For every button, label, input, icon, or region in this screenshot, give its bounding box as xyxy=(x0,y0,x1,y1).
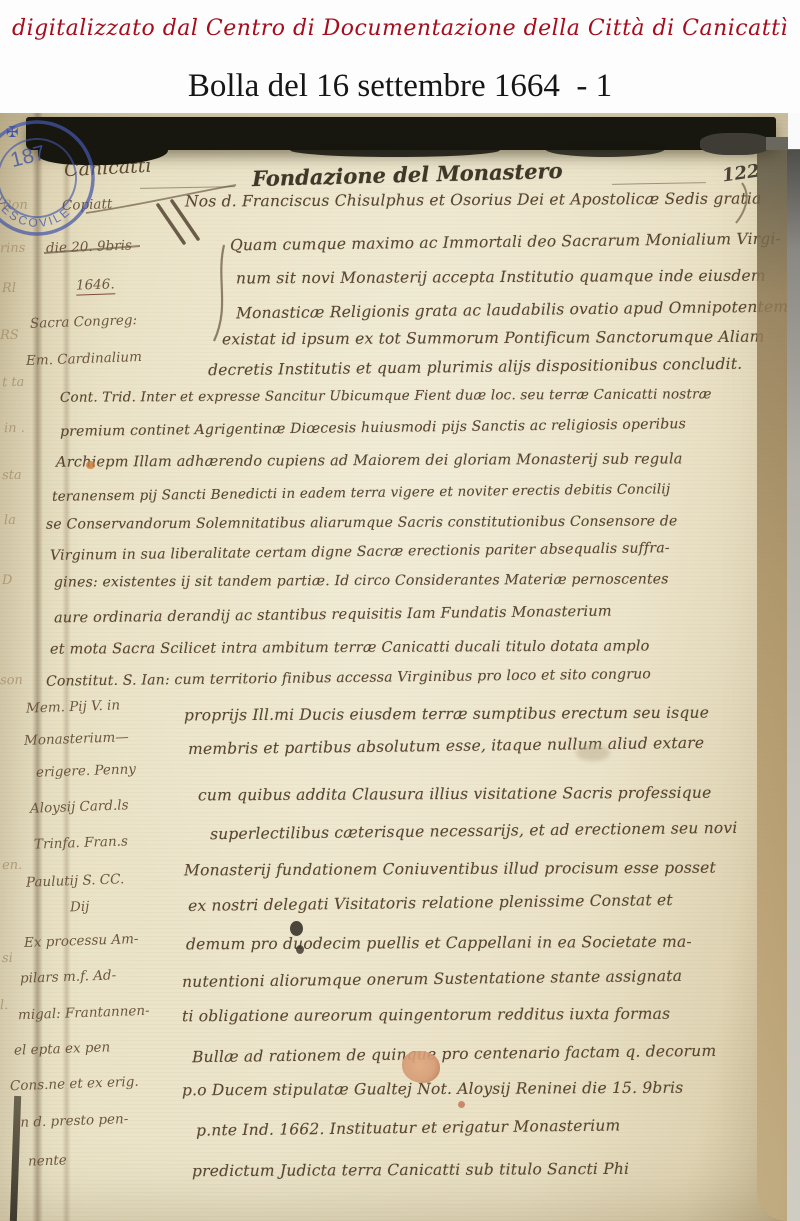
manuscript-line: se Conservandorum Solemnitatibus aliarum… xyxy=(46,513,678,532)
manuscript-line: membris et partibus absolutum esse, itaq… xyxy=(188,734,704,758)
bleed-fragment: D xyxy=(2,573,13,588)
manuscript-line: proprijs Ill.mi Ducis eiusdem terræ sump… xyxy=(184,704,709,725)
binding-blot xyxy=(545,141,665,157)
ink-speck xyxy=(86,461,95,469)
manuscript-heading: Fondazione del Monastero xyxy=(252,158,563,191)
margin-note: in d. presto pen- xyxy=(16,1111,129,1131)
margin-note: Dij xyxy=(70,899,90,916)
manuscript-line: Quam cumque maximo ac Immortali deo Sacr… xyxy=(230,230,781,255)
manuscript-line: existat id ipsum ex tot Summorum Pontifi… xyxy=(222,328,765,349)
manuscript-line: Monasterij fundationem Coniuventibus ill… xyxy=(184,859,716,880)
page-title: Bolla del 16 settembre 1664 - 1 xyxy=(0,68,800,105)
bleed-fragment: in . xyxy=(4,421,25,436)
margin-note: Aloysij Card.ls xyxy=(30,797,129,816)
manuscript-scan: ✠ VESCOVILE 187 Fondazione del Monastero… xyxy=(0,113,800,1221)
ink-blot xyxy=(290,921,303,936)
bleed-fragment: la xyxy=(4,513,16,528)
margin-note: Trinfa. Fran.s xyxy=(34,833,128,852)
margin-note: el epta ex pen xyxy=(14,1039,111,1058)
bleed-fragment: en. xyxy=(2,858,22,873)
bleed-fragment: RS xyxy=(0,328,19,343)
manuscript-line: superlectilibus cæterisque necessarijs, … xyxy=(210,819,738,843)
manuscript-line: premium continet Agrigentinæ Diœcesis hu… xyxy=(60,416,686,440)
bleed-fragment: Rl xyxy=(2,281,16,296)
bleed-fragment: si xyxy=(2,951,13,966)
digitization-credit: digitalizzato dal Centro di Documentazio… xyxy=(0,16,800,41)
manuscript-line: Archiepm Illam adhærendo cupiens ad Maio… xyxy=(56,451,683,470)
manuscript-line: gines: existentes ij sit tandem partiæ. … xyxy=(54,571,669,590)
bleed-fragment: son xyxy=(0,673,23,688)
manuscript-line: Constitut. S. Ian: cum territorio finibu… xyxy=(46,666,651,689)
manuscript-line: nutentioni aliorumque onerum Sustentatio… xyxy=(182,967,682,991)
margin-note: Sacra Congreg: xyxy=(30,312,138,332)
manuscript-line: decretis Institutis et quam plurimis ali… xyxy=(208,355,743,380)
manuscript-line: p.o Ducem stipulatæ Gualtej Not. Aloysij… xyxy=(182,1079,684,1100)
manuscript-line: p.nte Ind. 1662. Instituatur et erigatur… xyxy=(196,1116,621,1139)
smudge xyxy=(576,745,610,761)
manuscript-line: predictum Judicta terra Canicatti sub ti… xyxy=(192,1160,629,1180)
heading-rule xyxy=(140,186,235,189)
bleed-fragment: sta xyxy=(2,468,22,483)
binding-blot xyxy=(700,133,770,155)
manuscript-line: Cont. Trid. Inter et expresse Sancitur U… xyxy=(60,386,712,405)
scan-corner xyxy=(788,113,800,149)
ink-speck xyxy=(458,1101,465,1108)
margin-note: die 20. 9bris xyxy=(46,238,132,257)
margin-note: pilars m.f. Ad- xyxy=(20,967,117,986)
margin-note: nente xyxy=(28,1152,67,1169)
manuscript-line: Monasticæ Religionis grata ac laudabilis… xyxy=(236,298,788,323)
margin-note: migal: Frantannen- xyxy=(18,1003,150,1024)
margin-note: Mem. Pij V. in xyxy=(26,697,121,716)
manuscript-line: Virginum in sua liberalitate certam dign… xyxy=(50,540,670,564)
margin-note: Cons.ne et ex erig. xyxy=(10,1074,139,1094)
manuscript-line: aure ordinaria derandij ac stantibus req… xyxy=(54,604,612,627)
manuscript-line: ex nostri delegati Visitatoris relatione… xyxy=(188,891,673,915)
manuscript-line: et mota Sacra Scilicet intra ambitum ter… xyxy=(50,638,650,657)
margin-note: Monasterium— xyxy=(24,729,129,749)
ink-blot xyxy=(296,945,304,954)
bleed-fragment: t ta xyxy=(2,375,25,390)
rust-stain xyxy=(402,1051,440,1083)
heading-rule xyxy=(612,182,706,185)
bleed-fragment: l. xyxy=(0,998,8,1013)
binding-blot xyxy=(290,143,500,157)
margin-note: Paulutij S. CC. xyxy=(26,871,125,890)
manuscript-line: num sit novi Monasterij accepta Institut… xyxy=(236,267,766,288)
page-edge xyxy=(757,147,787,1221)
manuscript-line: Nos d. Franciscus Chisulphus et Osorius … xyxy=(185,189,762,210)
margin-note: erigere. Penny xyxy=(36,761,136,780)
manuscript-line: demum pro duodecim puellis et Cappellani… xyxy=(186,933,692,954)
manuscript-line: Bullæ ad rationem de quinque pro centena… xyxy=(192,1042,716,1066)
manuscript-line: cum quibus addita Clausura illius visita… xyxy=(198,784,712,805)
folio-number: 122 xyxy=(721,160,761,186)
margin-note: Em. Cardinalium xyxy=(26,349,142,369)
manuscript-line: ti obligatione aureorum quingentorum red… xyxy=(182,1005,670,1026)
margin-note: Ex processu Am- xyxy=(24,931,139,951)
margin-note: 1646. xyxy=(76,276,115,295)
scan-edge xyxy=(787,143,800,1221)
manuscript-line: teranensem pij Sancti Benedicti in eadem… xyxy=(52,481,670,505)
